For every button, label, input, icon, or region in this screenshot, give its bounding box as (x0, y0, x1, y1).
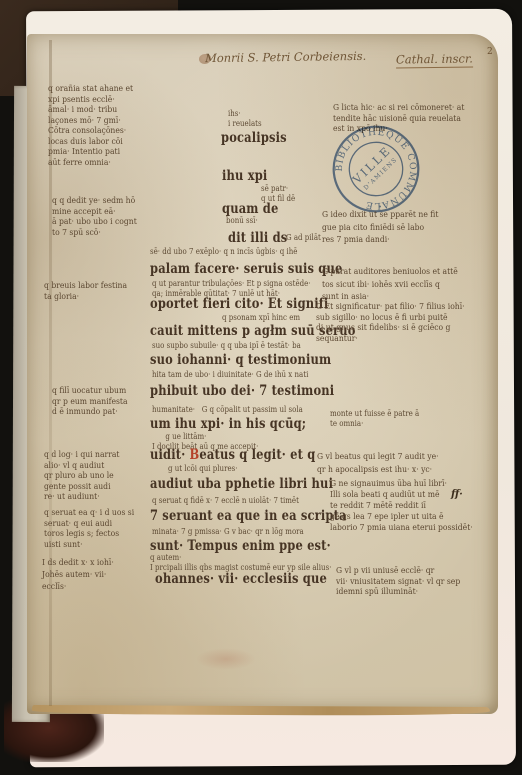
body-line-7: uidit· Beatus q legit· et q (150, 447, 315, 463)
paragraph-mark-ff: ff· (451, 489, 463, 500)
left-margin-gloss-5: q d log· i qui narrat alio· vl q audiut … (44, 450, 120, 503)
interlinear-gloss-9: q seruat q fidē x· 7 ecclē n uiolāt· 7 t… (152, 496, 299, 506)
library-stamp: BIBLIOTHEQUE COMMUNALE VILLE D'AMIENS (325, 118, 426, 219)
left-margin-gloss-7: I ds dedit x· x iohī· Johēs autem· vii· … (42, 557, 114, 593)
opening-line-3-gloss: bonū ssī· (226, 216, 258, 226)
body-line-7-start: uidit· (150, 447, 190, 463)
left-margin-gloss-4: q filī uocatur ubum qr p eum manifesta d… (52, 386, 128, 418)
right-margin-gloss-1: G ideo dixit ut se pparēt ne fit gue pia… (322, 209, 438, 247)
right-margin-gloss-5: G ne signauimus ūba huī librī· Illi sola… (330, 479, 473, 534)
body-line-9: 7 seruant ea que in ea scripta (150, 508, 347, 524)
interlinear-gloss-1: sē· dd ubo 7 exēplo· q n incīs ūgbis· q … (150, 247, 297, 257)
left-margin-gloss-6: q seruat ea q· i d uos si seruat· q eui … (44, 508, 134, 550)
body-line-1: palam facere· seruis suis que (150, 261, 342, 277)
rubric-initial-b: B (190, 447, 200, 463)
left-margin-gloss-3: q breuis labor festina ta gloria· (44, 281, 127, 302)
body-line-7-end: eatus q legit· et q (199, 447, 315, 463)
opening-line-2: ihu xpi (222, 168, 267, 184)
interlinear-gloss-4: suo supbo subuile· q q uba ipī ē testāt·… (152, 341, 301, 351)
right-margin-gloss-4: G vl beatus qui legit 7 audit ye· qr h a… (317, 451, 439, 476)
right-margin-gloss-6: G vl p vii uniusē ecclē· qr vii· vniusit… (336, 566, 460, 598)
right-margin-gloss-3: G Et significatur· pat filio· 7 filius i… (316, 302, 465, 344)
body-line-10: sunt· Tempus enim ppe est· (150, 538, 331, 554)
opening-line-4: dit illi ds (228, 230, 287, 246)
body-line-11: ohannes· vii· ecclesiis que (155, 571, 327, 587)
body-line-8: audiut uba pphetie libri hui (150, 476, 333, 492)
interlinear-gloss-11: q autem· I prcipali illis qbs magist cos… (150, 553, 331, 572)
interlinear-gloss-5: hita tam de ubo· i diuinitate· G de ihū … (152, 370, 308, 380)
interlinear-gloss-6: humanitate· G q cōpalit ut passim ul sol… (152, 405, 303, 415)
body-line-2: oportet fieri cito· Et signifi (150, 296, 328, 312)
left-margin-gloss-2: q q dedit ye· sedm hō mine accepit eā· ā… (52, 196, 137, 238)
body-line-5: phibuit ubo dei· 7 testimoni (150, 383, 334, 399)
opening-line-3: quam de (222, 201, 278, 217)
right-margin-gloss-2: G parat auditores beniuolos et attē tos … (322, 266, 458, 304)
interlinear-gloss-6b: monte ut fuisse ē patre ā te omnia· (330, 409, 419, 428)
photo-frame: Monrii S. Petri Corbeiensis. Cathal. ins… (0, 0, 522, 775)
body-line-4: suo iohanni· q testimonium (150, 352, 331, 368)
interlinear-gloss-3: q psonam xpī hinc em (222, 313, 300, 323)
opening-line-4-gloss: G ad pilāt (286, 233, 321, 243)
interlinear-gloss-8: g ut lcōi qui plures· (168, 464, 237, 474)
page-number: 2 (487, 47, 493, 57)
body-line-6: um ihu xpi· in his qcūq; (150, 416, 306, 432)
opening-small-gloss: ihs· i reuelats (228, 109, 262, 128)
catalog-inscription: Cathal. inscr. (396, 51, 473, 68)
left-margin-gloss-1: q orañia stat ahane et xpi psentis ecclē… (48, 84, 133, 168)
ink-offset-smudge (196, 648, 256, 670)
opening-line-1: pocalipsis (221, 130, 287, 146)
ownership-inscription: Monrii S. Petri Corbeiensis. (205, 49, 366, 65)
interlinear-gloss-10: minata· 7 g pmissa· G v bac· qr n lōg mo… (152, 527, 304, 537)
